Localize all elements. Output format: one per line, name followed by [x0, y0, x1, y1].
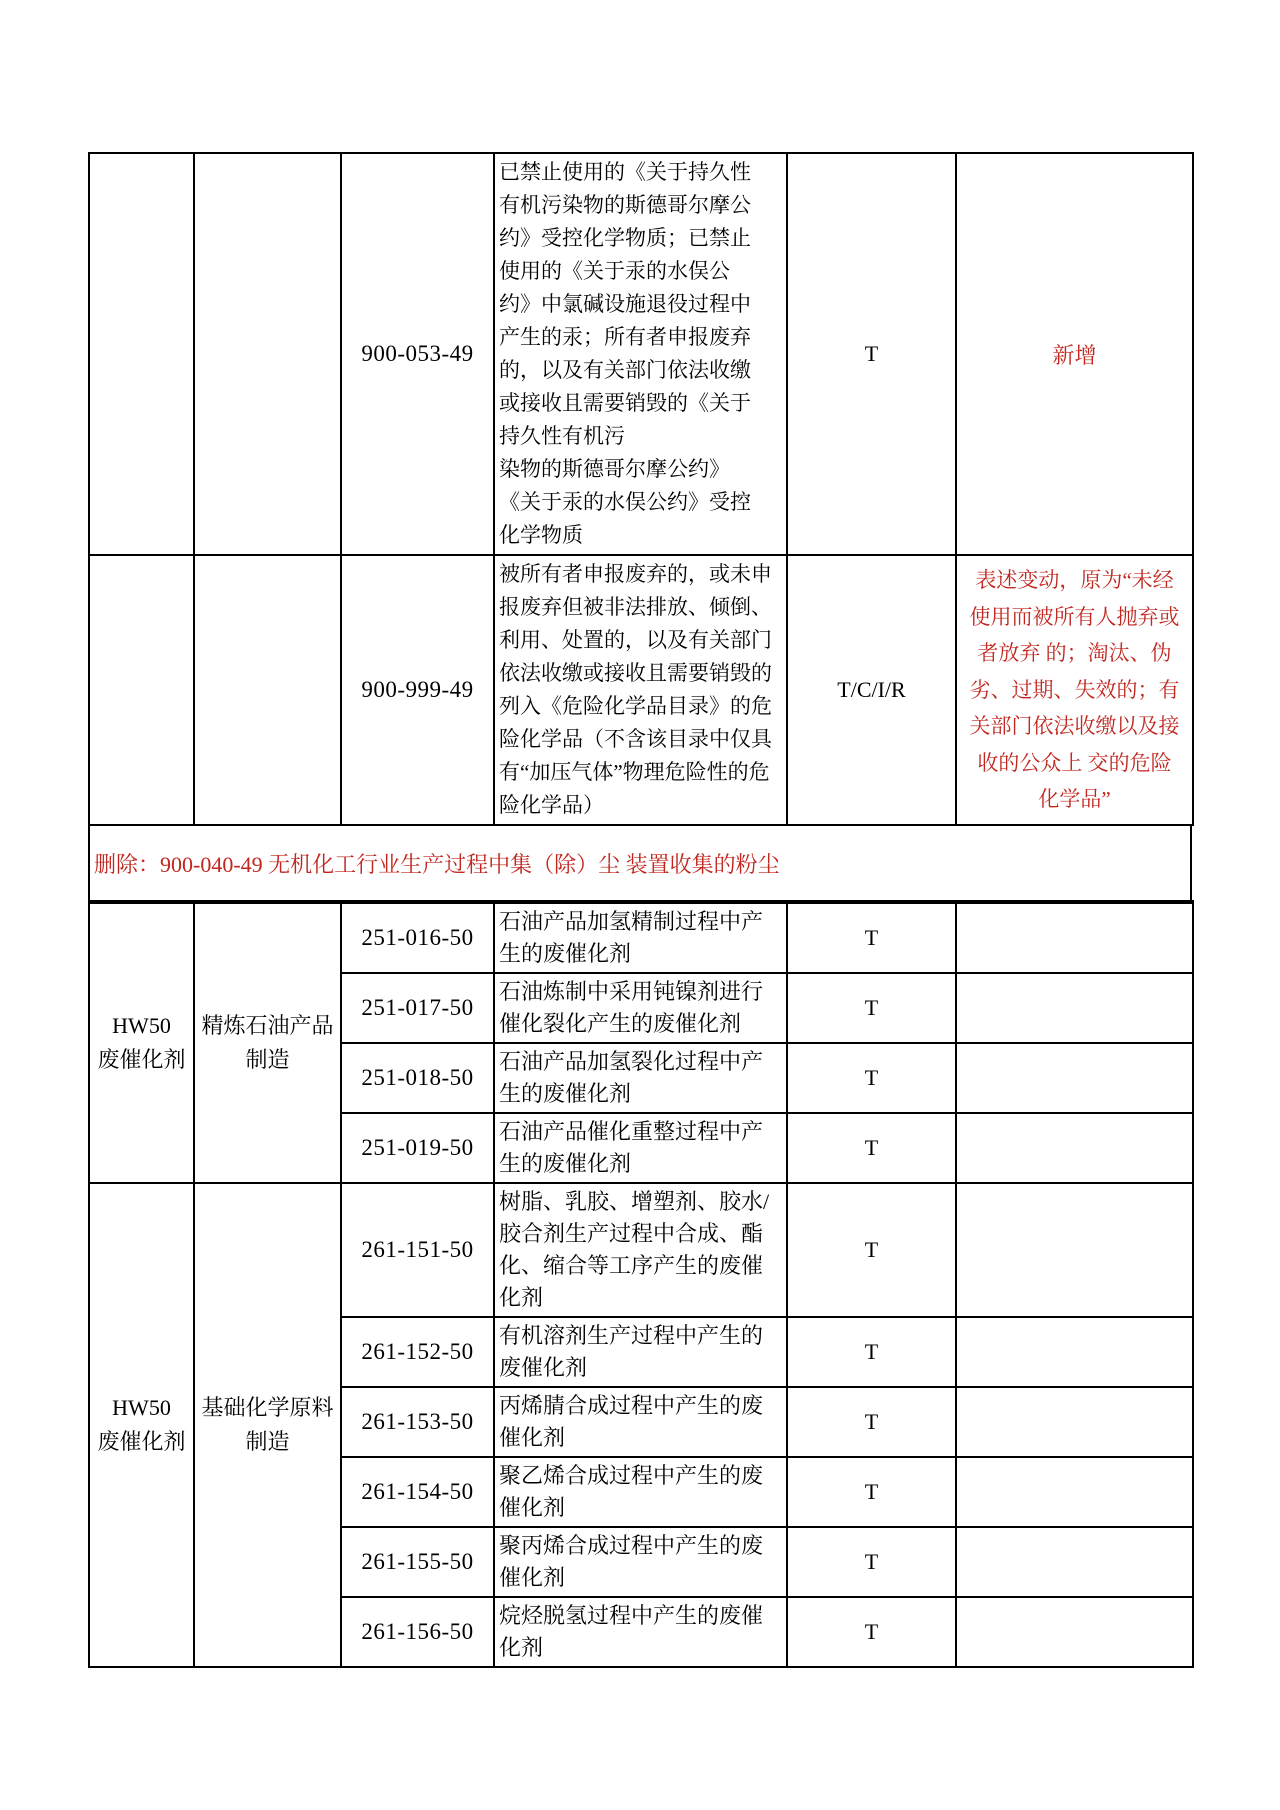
remark-cell: 表述变动，原为“未经 使用而被所有人抛弃或 者放弃 的；淘汰、伪 劣、过期、失效…	[956, 555, 1193, 825]
table-row: 900-999-49 被所有者申报废弃的，或未申 报废弃但被非法排放、倾倒、 利…	[89, 555, 1193, 825]
table-row: HW50 废催化剂 精炼石油产品 制造 251-016-50 石油产品加氢精制过…	[89, 902, 1193, 973]
remark-cell	[956, 1317, 1193, 1387]
description-cell: 被所有者申报废弃的，或未申 报废弃但被非法排放、倾倒、 利用、处置的，以及有关部…	[494, 555, 787, 825]
remark-cell	[956, 1457, 1193, 1527]
waste-code-cell: 251-016-50	[341, 902, 494, 973]
hazard-property-cell: T	[787, 153, 956, 555]
description-cell: 石油产品催化重整过程中产生的废催化剂	[494, 1113, 787, 1183]
industry-cell	[194, 555, 341, 825]
waste-code-cell: 251-018-50	[341, 1043, 494, 1113]
description-cell: 烷烃脱氢过程中产生的废催化剂	[494, 1597, 787, 1667]
waste-code-cell: 261-151-50	[341, 1183, 494, 1317]
hazard-property-cell: T	[787, 1387, 956, 1457]
remark-cell: 新增	[956, 153, 1193, 555]
waste-code-cell: 900-053-49	[341, 153, 494, 555]
waste-code-cell: 261-156-50	[341, 1597, 494, 1667]
description-cell: 聚丙烯合成过程中产生的废催化剂	[494, 1527, 787, 1597]
waste-code-cell: 261-155-50	[341, 1527, 494, 1597]
waste-code-cell: 251-019-50	[341, 1113, 494, 1183]
description-cell: 有机溶剂生产过程中产生的废催化剂	[494, 1317, 787, 1387]
hazard-property-cell: T	[787, 1113, 956, 1183]
description-cell: 树脂、乳胶、增塑剂、胶水/胶合剂生产过程中合成、酯化、缩合等工序产生的废催化剂	[494, 1183, 787, 1317]
table-row: HW50 废催化剂 基础化学原料 制造 261-151-50 树脂、乳胶、增塑剂…	[89, 1183, 1193, 1317]
description-cell: 石油产品加氢裂化过程中产生的废催化剂	[494, 1043, 787, 1113]
table-region: 900-053-49 已禁止使用的《关于持久性 有机污染物的斯德哥尔摩公 约》受…	[88, 152, 1192, 1668]
remark-cell	[956, 1597, 1193, 1667]
upper-table: 900-053-49 已禁止使用的《关于持久性 有机污染物的斯德哥尔摩公 约》受…	[88, 152, 1194, 826]
hw-code-cell	[89, 555, 194, 825]
table-row: 900-053-49 已禁止使用的《关于持久性 有机污染物的斯德哥尔摩公 约》受…	[89, 153, 1193, 555]
industry-cell: 基础化学原料 制造	[194, 1183, 341, 1667]
remark-cell	[956, 1387, 1193, 1457]
hw-code-cell	[89, 153, 194, 555]
waste-code-cell: 261-153-50	[341, 1387, 494, 1457]
remark-cell	[956, 1183, 1193, 1317]
description-cell: 石油炼制中采用钝镍剂进行催化裂化产生的废催化剂	[494, 973, 787, 1043]
hazard-property-cell: T	[787, 1527, 956, 1597]
hw-code-cell: HW50 废催化剂	[89, 1183, 194, 1667]
hazard-property-cell: T	[787, 1317, 956, 1387]
description-cell: 石油产品加氢精制过程中产生的废催化剂	[494, 902, 787, 973]
description-cell: 已禁止使用的《关于持久性 有机污染物的斯德哥尔摩公 约》受控化学物质；已禁止 使…	[494, 153, 787, 555]
waste-code-cell: 251-017-50	[341, 973, 494, 1043]
waste-code-cell: 261-154-50	[341, 1457, 494, 1527]
description-cell: 聚乙烯合成过程中产生的废催化剂	[494, 1457, 787, 1527]
remark-cell	[956, 1113, 1193, 1183]
hazard-property-cell: T	[787, 973, 956, 1043]
waste-code-cell: 900-999-49	[341, 555, 494, 825]
hazard-property-cell: T	[787, 1597, 956, 1667]
hazard-property-cell: T	[787, 1183, 956, 1317]
hazard-property-cell: T	[787, 902, 956, 973]
industry-cell	[194, 153, 341, 555]
industry-cell: 精炼石油产品 制造	[194, 902, 341, 1183]
remark-cell	[956, 973, 1193, 1043]
hazard-property-cell: T	[787, 1043, 956, 1113]
hw-code-cell: HW50 废催化剂	[89, 902, 194, 1183]
remark-cell	[956, 1527, 1193, 1597]
remark-cell	[956, 1043, 1193, 1113]
lower-table: HW50 废催化剂 精炼石油产品 制造 251-016-50 石油产品加氢精制过…	[88, 900, 1194, 1668]
remark-cell	[956, 902, 1193, 973]
description-cell: 丙烯腈合成过程中产生的废催化剂	[494, 1387, 787, 1457]
waste-code-cell: 261-152-50	[341, 1317, 494, 1387]
document-page: 900-053-49 已禁止使用的《关于持久性 有机污染物的斯德哥尔摩公 约》受…	[0, 0, 1280, 1810]
hazard-property-cell: T	[787, 1457, 956, 1527]
hazard-property-cell: T/C/I/R	[787, 555, 956, 825]
deletion-note: 删除：900-040-49 无机化工行业生产过程中集（除）尘 装置收集的粉尘	[88, 826, 1192, 900]
